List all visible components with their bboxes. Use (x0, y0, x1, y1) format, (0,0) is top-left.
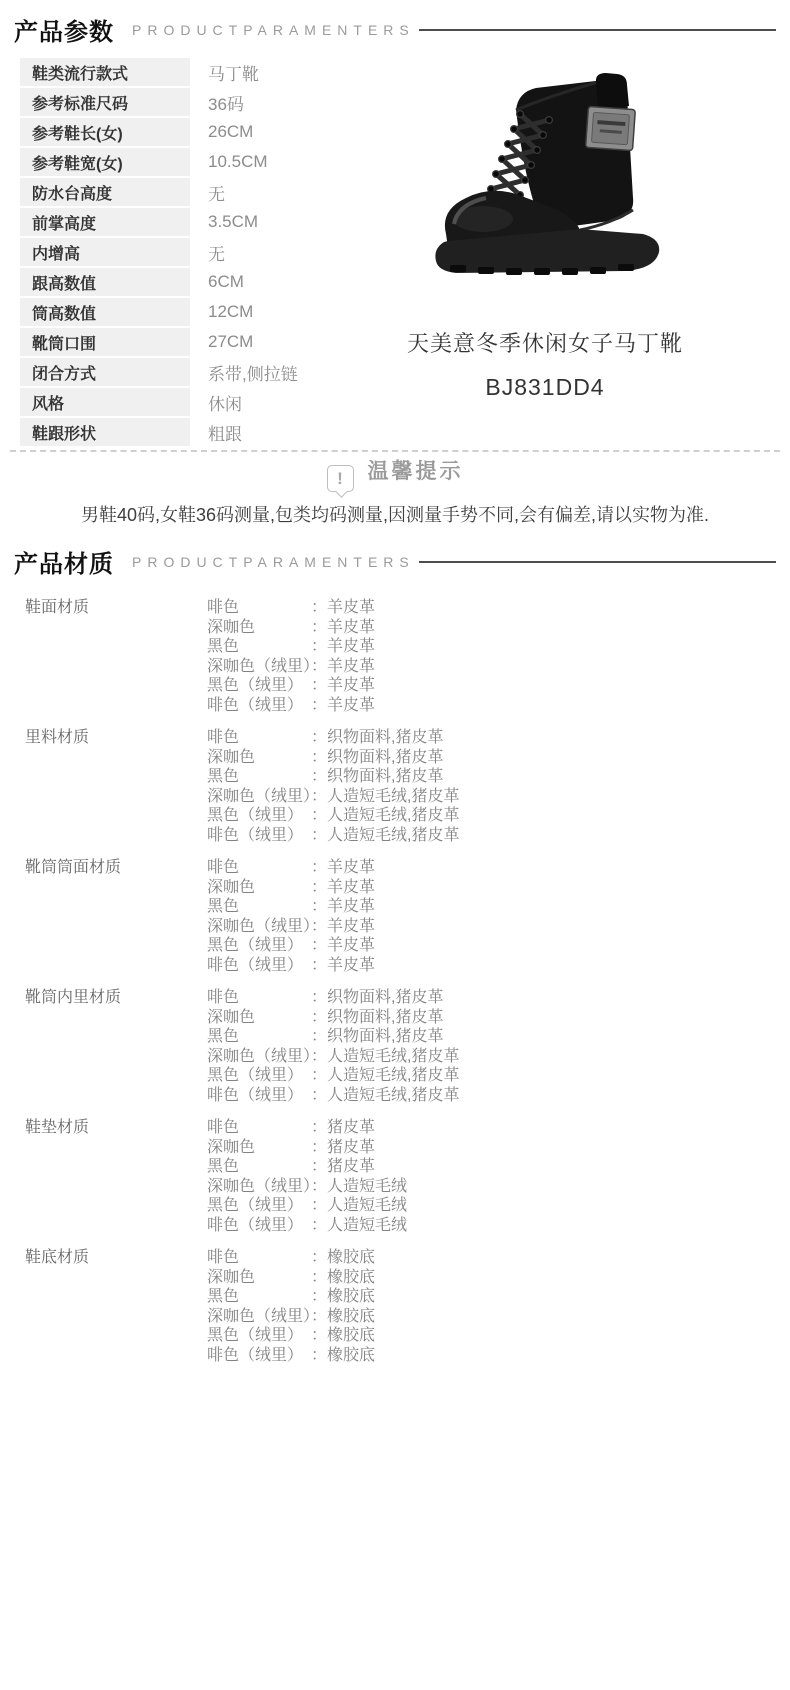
param-value: 无 (208, 180, 225, 205)
param-label: 跟高数值 (20, 268, 190, 296)
material-color: 啡色（绒里） (207, 1086, 311, 1106)
material-colon: ： (311, 859, 327, 876)
material-color: 黑色 (207, 1287, 311, 1307)
material-rows: 啡色：织物面料,猪皮革 深咖色：织物面料,猪皮革 黑色：织物面料,猪皮革 深咖色… (207, 728, 790, 845)
material-value: 橡胶底 (327, 1327, 375, 1344)
material-rows: 啡色：猪皮革 深咖色：猪皮革 黑色：猪皮革 深咖色（绒里）：人造短毛绒 黑色（绒… (207, 1118, 790, 1235)
param-row: 靴筒口围 27CM (20, 328, 370, 356)
material-color: 深咖色 (207, 1268, 311, 1288)
material-color: 啡色 (207, 728, 311, 748)
material-color: 黑色 (207, 767, 311, 787)
material-row: 深咖色（绒里）：人造短毛绒 (207, 1177, 790, 1197)
param-row: 风格 休闲 (20, 388, 370, 416)
material-colon: ： (311, 1087, 327, 1104)
boot-product-image (428, 72, 663, 287)
material-value: 羊皮革 (327, 918, 375, 935)
material-colon: ： (311, 989, 327, 1006)
material-color: 啡色（绒里） (207, 956, 311, 976)
material-value: 人造短毛绒,猪皮革 (327, 1048, 459, 1065)
material-value: 人造短毛绒 (327, 1197, 407, 1214)
material-colon: ： (311, 898, 327, 915)
param-row: 参考标准尺码 36码 (20, 88, 370, 116)
material-value: 人造短毛绒,猪皮革 (327, 1067, 459, 1084)
material-colon: ： (311, 677, 327, 694)
material-value: 织物面料,猪皮革 (327, 1009, 443, 1026)
material-category-label: 鞋垫材质 (25, 1118, 207, 1235)
params-section-header: 产品参数 PRODUCTPARAMENTERS (0, 0, 790, 47)
tips-block: ! 温馨提示 男鞋40码,女鞋36码测量,包类均码测量,因测量手势不同,会有偏差… (0, 452, 790, 527)
param-row: 前掌高度 3.5CM (20, 208, 370, 236)
boot-metal-tag (585, 106, 635, 150)
alert-bubble-icon: ! (327, 465, 354, 492)
material-colon: ： (311, 697, 327, 714)
material-color: 黑色 (207, 637, 311, 657)
material-value: 织物面料,猪皮革 (327, 749, 443, 766)
material-value: 羊皮革 (327, 599, 375, 616)
material-row: 啡色（绒里）：羊皮革 (207, 696, 790, 716)
material-color: 深咖色（绒里） (207, 1047, 311, 1067)
material-value: 橡胶底 (327, 1308, 375, 1325)
material-color: 啡色 (207, 858, 311, 878)
params-subtitle: PRODUCTPARAMENTERS (132, 22, 415, 38)
param-value: 27CM (208, 332, 253, 352)
material-section-shaft-lining: 靴筒内里材质 啡色：织物面料,猪皮革 深咖色：织物面料,猪皮革 黑色：织物面料,… (25, 988, 790, 1105)
param-row: 内增高 无 (20, 238, 370, 266)
material-colon: ： (311, 1158, 327, 1175)
param-value: 粗跟 (208, 420, 242, 445)
material-value: 羊皮革 (327, 859, 375, 876)
material-value: 羊皮革 (327, 898, 375, 915)
material-colon: ： (311, 1178, 327, 1195)
material-value: 人造短毛绒,猪皮革 (327, 827, 459, 844)
material-row: 深咖色（绒里）：羊皮革 (207, 917, 790, 937)
material-colon: ： (311, 1308, 327, 1325)
material-color: 黑色 (207, 1157, 311, 1177)
param-label: 参考鞋长(女) (20, 118, 190, 146)
param-value: 系带,侧拉链 (208, 360, 298, 385)
material-colon: ： (311, 1067, 327, 1084)
material-value: 人造短毛绒,猪皮革 (327, 788, 459, 805)
material-colon: ： (311, 1269, 327, 1286)
material-row: 黑色：羊皮革 (207, 897, 790, 917)
material-rows: 啡色：羊皮革 深咖色：羊皮革 黑色：羊皮革 深咖色（绒里）：羊皮革 黑色（绒里）… (207, 598, 790, 715)
material-colon: ： (311, 1217, 327, 1234)
material-row: 黑色：织物面料,猪皮革 (207, 767, 790, 787)
material-category-label: 鞋面材质 (25, 598, 207, 715)
material-row: 黑色（绒里）：羊皮革 (207, 936, 790, 956)
material-category-label: 靴筒筒面材质 (25, 858, 207, 975)
material-row: 深咖色（绒里）：橡胶底 (207, 1307, 790, 1327)
material-row: 深咖色：织物面料,猪皮革 (207, 748, 790, 768)
material-row: 啡色：猪皮革 (207, 1118, 790, 1138)
material-value: 橡胶底 (327, 1288, 375, 1305)
material-row: 啡色（绒里）：羊皮革 (207, 956, 790, 976)
material-category-label: 靴筒内里材质 (25, 988, 207, 1105)
param-row: 筒高数值 12CM (20, 298, 370, 326)
material-row: 啡色：橡胶底 (207, 1248, 790, 1268)
param-label: 靴筒口围 (20, 328, 190, 356)
material-row: 深咖色：橡胶底 (207, 1268, 790, 1288)
material-value: 人造短毛绒 (327, 1178, 407, 1195)
material-colon: ： (311, 619, 327, 636)
material-color: 啡色 (207, 1248, 311, 1268)
param-label: 防水台高度 (20, 178, 190, 206)
material-section-lining: 里料材质 啡色：织物面料,猪皮革 深咖色：织物面料,猪皮革 黑色：织物面料,猪皮… (25, 728, 790, 845)
param-label: 鞋类流行款式 (20, 58, 190, 86)
material-row: 啡色（绒里）：人造短毛绒,猪皮革 (207, 826, 790, 846)
material-value: 橡胶底 (327, 1249, 375, 1266)
tips-title: 温馨提示 (368, 455, 464, 489)
param-label: 鞋跟形状 (20, 418, 190, 446)
material-colon: ： (311, 1288, 327, 1305)
material-color: 啡色（绒里） (207, 1216, 311, 1236)
material-row: 黑色（绒里）：人造短毛绒,猪皮革 (207, 806, 790, 826)
material-color: 深咖色 (207, 748, 311, 768)
materials-title: 产品材质 (14, 544, 114, 579)
material-color: 深咖色（绒里） (207, 787, 311, 807)
material-color: 深咖色 (207, 878, 311, 898)
material-row: 黑色（绒里）：橡胶底 (207, 1326, 790, 1346)
material-color: 黑色 (207, 897, 311, 917)
material-row: 深咖色：猪皮革 (207, 1138, 790, 1158)
material-color: 深咖色（绒里） (207, 657, 311, 677)
material-row: 啡色：羊皮革 (207, 858, 790, 878)
material-color: 黑色（绒里） (207, 936, 311, 956)
params-table: 鞋类流行款式 马丁靴 参考标准尺码 36码 参考鞋长(女) 26CM 参考鞋宽(… (20, 58, 370, 448)
material-row: 黑色（绒里）：羊皮革 (207, 676, 790, 696)
material-row: 啡色（绒里）：橡胶底 (207, 1346, 790, 1366)
param-row: 防水台高度 无 (20, 178, 370, 206)
material-row: 啡色（绒里）：人造短毛绒,猪皮革 (207, 1086, 790, 1106)
material-row: 啡色（绒里）：人造短毛绒 (207, 1216, 790, 1236)
material-row: 黑色：猪皮革 (207, 1157, 790, 1177)
param-value: 马丁靴 (208, 60, 259, 85)
param-row: 跟高数值 6CM (20, 268, 370, 296)
material-value: 橡胶底 (327, 1347, 375, 1364)
material-colon: ： (311, 1119, 327, 1136)
material-color: 黑色（绒里） (207, 676, 311, 696)
material-value: 织物面料,猪皮革 (327, 729, 443, 746)
material-row: 黑色：橡胶底 (207, 1287, 790, 1307)
material-section-insole: 鞋垫材质 啡色：猪皮革 深咖色：猪皮革 黑色：猪皮革 深咖色（绒里）：人造短毛绒 (25, 1118, 790, 1235)
materials-list: 鞋面材质 啡色：羊皮革 深咖色：羊皮革 黑色：羊皮革 深咖色（绒里）：羊皮革 (25, 598, 790, 1365)
param-row: 参考鞋宽(女) 10.5CM (20, 148, 370, 176)
material-color: 黑色（绒里） (207, 1196, 311, 1216)
product-column: 天美意冬季休闲女子马丁靴 BJ831DD4 (385, 72, 705, 401)
tips-header: ! 温馨提示 (327, 455, 464, 492)
param-value: 6CM (208, 272, 244, 292)
material-colon: ： (311, 879, 327, 896)
product-code: BJ831DD4 (385, 374, 705, 401)
material-value: 人造短毛绒 (327, 1217, 407, 1234)
material-section-shaft-surface: 靴筒筒面材质 啡色：羊皮革 深咖色：羊皮革 黑色：羊皮革 深咖色（绒里）：羊皮革 (25, 858, 790, 975)
material-value: 人造短毛绒,猪皮革 (327, 807, 459, 824)
material-rows: 啡色：橡胶底 深咖色：橡胶底 黑色：橡胶底 深咖色（绒里）：橡胶底 黑色（绒里）… (207, 1248, 790, 1365)
material-color: 啡色 (207, 988, 311, 1008)
material-value: 橡胶底 (327, 1269, 375, 1286)
material-color: 啡色 (207, 1118, 311, 1138)
material-colon: ： (311, 1139, 327, 1156)
material-colon: ： (311, 957, 327, 974)
param-label: 筒高数值 (20, 298, 190, 326)
material-color: 黑色（绒里） (207, 1066, 311, 1086)
product-name: 天美意冬季休闲女子马丁靴 (385, 327, 705, 358)
param-label: 参考鞋宽(女) (20, 148, 190, 176)
param-label: 风格 (20, 388, 190, 416)
param-label: 前掌高度 (20, 208, 190, 236)
material-value: 猪皮革 (327, 1119, 375, 1136)
material-value: 羊皮革 (327, 658, 375, 675)
param-value: 休闲 (208, 390, 242, 415)
material-colon: ： (311, 918, 327, 935)
header-rule (419, 29, 776, 31)
material-colon: ： (311, 1347, 327, 1364)
material-color: 黑色 (207, 1027, 311, 1047)
param-label: 内增高 (20, 238, 190, 266)
param-value: 36码 (208, 90, 244, 115)
material-category-label: 里料材质 (25, 728, 207, 845)
material-rows: 啡色：织物面料,猪皮革 深咖色：织物面料,猪皮革 黑色：织物面料,猪皮革 深咖色… (207, 988, 790, 1105)
param-value: 3.5CM (208, 212, 258, 232)
material-category-label: 鞋底材质 (25, 1248, 207, 1365)
material-value: 人造短毛绒,猪皮革 (327, 1087, 459, 1104)
material-row: 黑色（绒里）：人造短毛绒,猪皮革 (207, 1066, 790, 1086)
material-colon: ： (311, 729, 327, 746)
material-colon: ： (311, 937, 327, 954)
material-row: 深咖色：羊皮革 (207, 878, 790, 898)
material-rows: 啡色：羊皮革 深咖色：羊皮革 黑色：羊皮革 深咖色（绒里）：羊皮革 黑色（绒里）… (207, 858, 790, 975)
material-colon: ： (311, 827, 327, 844)
materials-subtitle: PRODUCTPARAMENTERS (132, 554, 415, 570)
material-colon: ： (311, 638, 327, 655)
material-value: 织物面料,猪皮革 (327, 1028, 443, 1045)
material-value: 羊皮革 (327, 937, 375, 954)
material-color: 深咖色（绒里） (207, 1307, 311, 1327)
param-value: 10.5CM (208, 152, 268, 172)
material-color: 啡色 (207, 598, 311, 618)
material-value: 羊皮革 (327, 638, 375, 655)
param-value: 12CM (208, 302, 253, 322)
param-value: 无 (208, 240, 225, 265)
material-value: 羊皮革 (327, 879, 375, 896)
material-colon: ： (311, 1028, 327, 1045)
material-row: 啡色：羊皮革 (207, 598, 790, 618)
material-row: 黑色：织物面料,猪皮革 (207, 1027, 790, 1047)
material-value: 羊皮革 (327, 697, 375, 714)
material-row: 啡色：织物面料,猪皮革 (207, 728, 790, 748)
material-row: 深咖色（绒里）：人造短毛绒,猪皮革 (207, 787, 790, 807)
param-label: 闭合方式 (20, 358, 190, 386)
material-color: 啡色（绒里） (207, 1346, 311, 1366)
material-colon: ： (311, 1048, 327, 1065)
param-label: 参考标准尺码 (20, 88, 190, 116)
tips-text: 男鞋40码,女鞋36码测量,包类均码测量,因测量手势不同,会有偏差,请以实物为准… (0, 501, 790, 527)
material-value: 织物面料,猪皮革 (327, 768, 443, 785)
material-row: 黑色：羊皮革 (207, 637, 790, 657)
material-color: 啡色（绒里） (207, 826, 311, 846)
material-value: 羊皮革 (327, 677, 375, 694)
material-colon: ： (311, 1327, 327, 1344)
material-color: 深咖色 (207, 1008, 311, 1028)
param-row: 鞋类流行款式 马丁靴 (20, 58, 370, 86)
material-row: 深咖色：羊皮革 (207, 618, 790, 638)
material-colon: ： (311, 1197, 327, 1214)
material-row: 啡色：织物面料,猪皮革 (207, 988, 790, 1008)
material-row: 深咖色（绒里）：人造短毛绒,猪皮革 (207, 1047, 790, 1067)
material-color: 啡色（绒里） (207, 696, 311, 716)
material-colon: ： (311, 768, 327, 785)
material-row: 黑色（绒里）：人造短毛绒 (207, 1196, 790, 1216)
material-value: 猪皮革 (327, 1139, 375, 1156)
material-color: 深咖色（绒里） (207, 1177, 311, 1197)
material-colon: ： (311, 807, 327, 824)
material-row: 深咖色：织物面料,猪皮革 (207, 1008, 790, 1028)
material-colon: ： (311, 749, 327, 766)
params-title: 产品参数 (14, 12, 114, 47)
materials-section-header: 产品材质 PRODUCTPARAMENTERS (0, 544, 790, 579)
param-value: 26CM (208, 122, 253, 142)
product-params-section: 产品参数 PRODUCTPARAMENTERS 鞋类流行款式 马丁靴 参考标准尺… (0, 0, 790, 450)
material-color: 深咖色 (207, 1138, 311, 1158)
material-colon: ： (311, 658, 327, 675)
material-value: 猪皮革 (327, 1158, 375, 1175)
material-color: 黑色（绒里） (207, 1326, 311, 1346)
material-value: 羊皮革 (327, 619, 375, 636)
param-row: 参考鞋长(女) 26CM (20, 118, 370, 146)
material-color: 黑色（绒里） (207, 806, 311, 826)
material-section-upper: 鞋面材质 啡色：羊皮革 深咖色：羊皮革 黑色：羊皮革 深咖色（绒里）：羊皮革 (25, 598, 790, 715)
material-section-sole: 鞋底材质 啡色：橡胶底 深咖色：橡胶底 黑色：橡胶底 深咖色（绒里）：橡胶底 (25, 1248, 790, 1365)
material-row: 深咖色（绒里）：羊皮革 (207, 657, 790, 677)
param-row: 闭合方式 系带,侧拉链 (20, 358, 370, 386)
material-value: 羊皮革 (327, 957, 375, 974)
header-rule (419, 561, 776, 563)
param-row: 鞋跟形状 粗跟 (20, 418, 370, 446)
material-colon: ： (311, 1009, 327, 1026)
material-colon: ： (311, 1249, 327, 1266)
material-color: 深咖色 (207, 618, 311, 638)
material-colon: ： (311, 788, 327, 805)
material-color: 深咖色（绒里） (207, 917, 311, 937)
material-value: 织物面料,猪皮革 (327, 989, 443, 1006)
material-colon: ： (311, 599, 327, 616)
